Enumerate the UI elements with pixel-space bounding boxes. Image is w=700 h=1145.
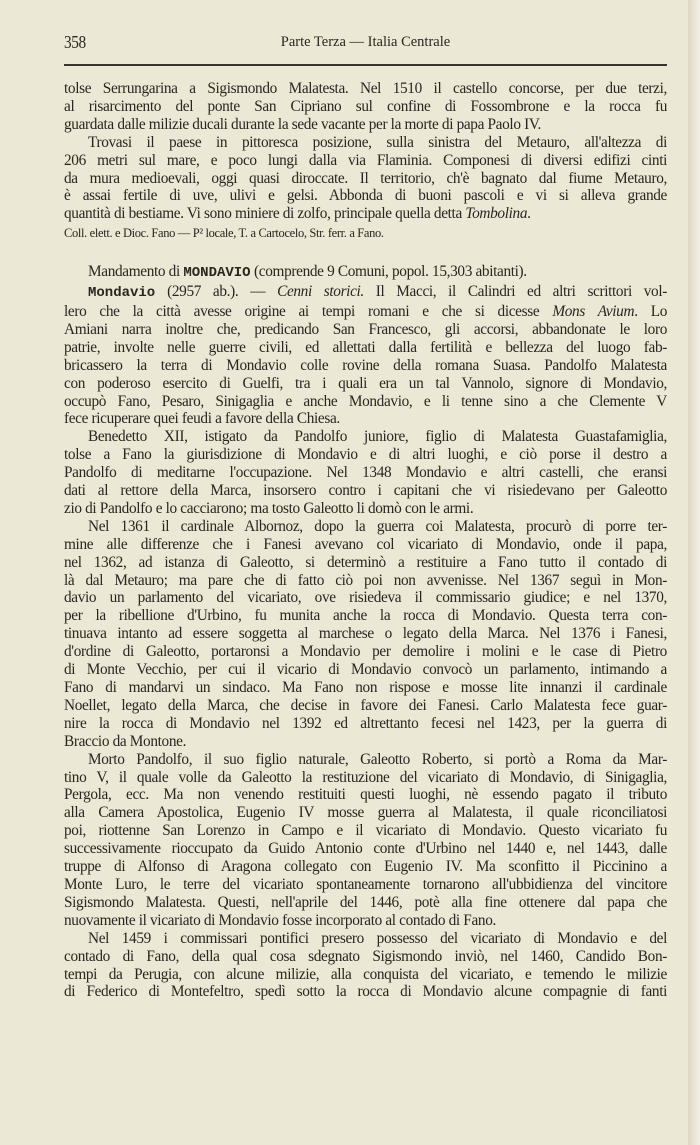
text-line: Pergola, ecc. Ma non venendo restituiti … (64, 786, 667, 804)
text-line: Fano di mandarvi un sindaco. Ma Fano non… (64, 679, 667, 697)
text-line: Braccio da Montone. (64, 733, 667, 751)
mondavio-intro-rest: Il Macci, il Calindri ed altri scrittori… (364, 283, 667, 300)
paragraph-block-1: tolse Serrungarina a Sigismondo Malatest… (64, 80, 667, 223)
text-line: Nel 1361 il cardinale Albornoz, dopo la … (64, 518, 667, 536)
text-line: mine alle differenze che i Fanesi avevan… (64, 536, 667, 554)
text-line: con poderoso esercito di Guelfi, tra i q… (64, 375, 667, 393)
text-line: Sigismondo Malatesta. Questi, nell'april… (64, 894, 667, 912)
text-line: successivamente rioccupato da Guido Anto… (64, 840, 667, 858)
text-line: tolse Serrungarina a Sigismondo Malatest… (64, 80, 667, 98)
page-edge (688, 0, 700, 1145)
mondavio-pop: (2957 ab.). — (155, 283, 277, 300)
text-line: 206 metri sul mare, e poco lungi dalla v… (64, 152, 667, 170)
text-line: bricassero la terra di Mondavio colle ro… (64, 357, 667, 375)
text-line: Benedetto XII, istigato da Pandolfo juni… (64, 428, 667, 446)
text-line: tinuava intanto ad essere soggetta al ma… (64, 625, 667, 643)
text-line: quantità di bestiame. Vi sono miniere di… (64, 205, 667, 223)
text-line: occupò Fano, Pesaro, Sinigaglia e anche … (64, 393, 667, 411)
text-line: nire la rocca di Mondavio nel 1392 ed al… (64, 715, 667, 733)
text-line: Amiani narra inoltre che, predicando San… (64, 321, 667, 339)
text-line: d'ordine di Galeotto, portaronsi a Monda… (64, 643, 667, 661)
text-line: là dal Metauro; ma pare che di fatto ciò… (64, 572, 667, 590)
text-line: al risarcimento del ponte San Cipriano s… (64, 98, 667, 116)
mandamento-heading: Mandamento di MONDAVIO (comprende 9 Comu… (64, 263, 667, 283)
text-line: lero che la città avesse origine ai temp… (64, 303, 667, 321)
footnote-line: Coll. elett. e Dioc. Fano — P² locale, T… (64, 225, 667, 243)
text-line: alla Camera Apostolica, Eugenio IV mosse… (64, 804, 667, 822)
mondavio-name: Mondavio (88, 285, 155, 301)
text-line: poi, riottenne San Lorenzo in Campo e il… (64, 822, 667, 840)
text-segment: quantità di bestiame. Vi sono miniere di… (64, 205, 465, 222)
text-line: dati al rettore della Marca, insorsero c… (64, 482, 667, 500)
text-line: è assai fertile di uve, ulivi e gelsi. A… (64, 187, 667, 205)
text-line: di Federico di Montefeltro, spedì sotto … (64, 983, 667, 1001)
text-segment: lero che la città avesse origine ai temp… (64, 303, 552, 320)
text-line: zio di Pandolfo e lo cacciarono; ma tost… (64, 500, 667, 518)
text-line: fece ricuperare quei feudi a favore dell… (64, 410, 667, 428)
text-line: nel 1362, ad istanza di Galeotto, si det… (64, 554, 667, 572)
text-segment: . (527, 205, 530, 222)
text-line: tempi da Perugia, con alcune milizie, al… (64, 966, 667, 984)
mandamento-prefix: Mandamento di (88, 263, 183, 280)
cenni-storici: Cenni storici. (277, 283, 364, 300)
mondavio-intro-line: Mondavio (2957 ab.). — Cenni storici. Il… (64, 283, 667, 303)
text-line: da mura medioevali, oggi quasi diroccate… (64, 170, 667, 188)
text-line: davio un parlamento del vicariato, ove r… (64, 589, 667, 607)
text-line: tolse a Fano la giurisdizione di Mondavi… (64, 446, 667, 464)
italic-segment: Tombolina (465, 205, 527, 222)
text-line: di Monte Vecchio, per cui il vicario di … (64, 661, 667, 679)
text-segment: . Lo (634, 303, 667, 320)
page-body: tolse Serrungarina a Sigismondo Malatest… (64, 80, 667, 1001)
text-line: contado di Fano, della qual cosa sdegnat… (64, 948, 667, 966)
header-rule (64, 64, 667, 66)
text-line: truppe di Alfonso di Aragona collegato c… (64, 858, 667, 876)
italic-segment: Mons Avium (552, 303, 634, 320)
mandamento-name: MONDAVIO (183, 265, 250, 281)
mandamento-suffix: (comprende 9 Comuni, popol. 15,303 abita… (251, 263, 527, 280)
text-line: tino V, il quale volle da Galeotto la re… (64, 769, 667, 787)
page-header: 358 Parte Terza — Italia Centrale (64, 32, 667, 54)
text-line: per la ribellione d'Urbino, fu munita an… (64, 607, 667, 625)
text-line: Pandolfo di meditarne l'occupazione. Nel… (64, 464, 667, 482)
text-line: Noellet, legato della Marca, che decise … (64, 697, 667, 715)
text-line: guardata dalle milizie ducali durante la… (64, 116, 667, 134)
text-line: nuovamente il vicariato di Mondavio foss… (64, 912, 667, 930)
text-line: Morto Pandolfo, il suo figlio naturale, … (64, 751, 667, 769)
text-line: Trovasi il paese in pittoresca posizione… (64, 134, 667, 152)
text-line: Nel 1459 i commissari pontifici presero … (64, 930, 667, 948)
text-line: patrie, involte nelle guerre civili, ed … (64, 339, 667, 357)
running-head: Parte Terza — Italia Centrale (64, 34, 667, 51)
paragraph-block-2: lero che la città avesse origine ai temp… (64, 303, 667, 1001)
text-line: Monte Luro, le terre del vicariato spont… (64, 876, 667, 894)
